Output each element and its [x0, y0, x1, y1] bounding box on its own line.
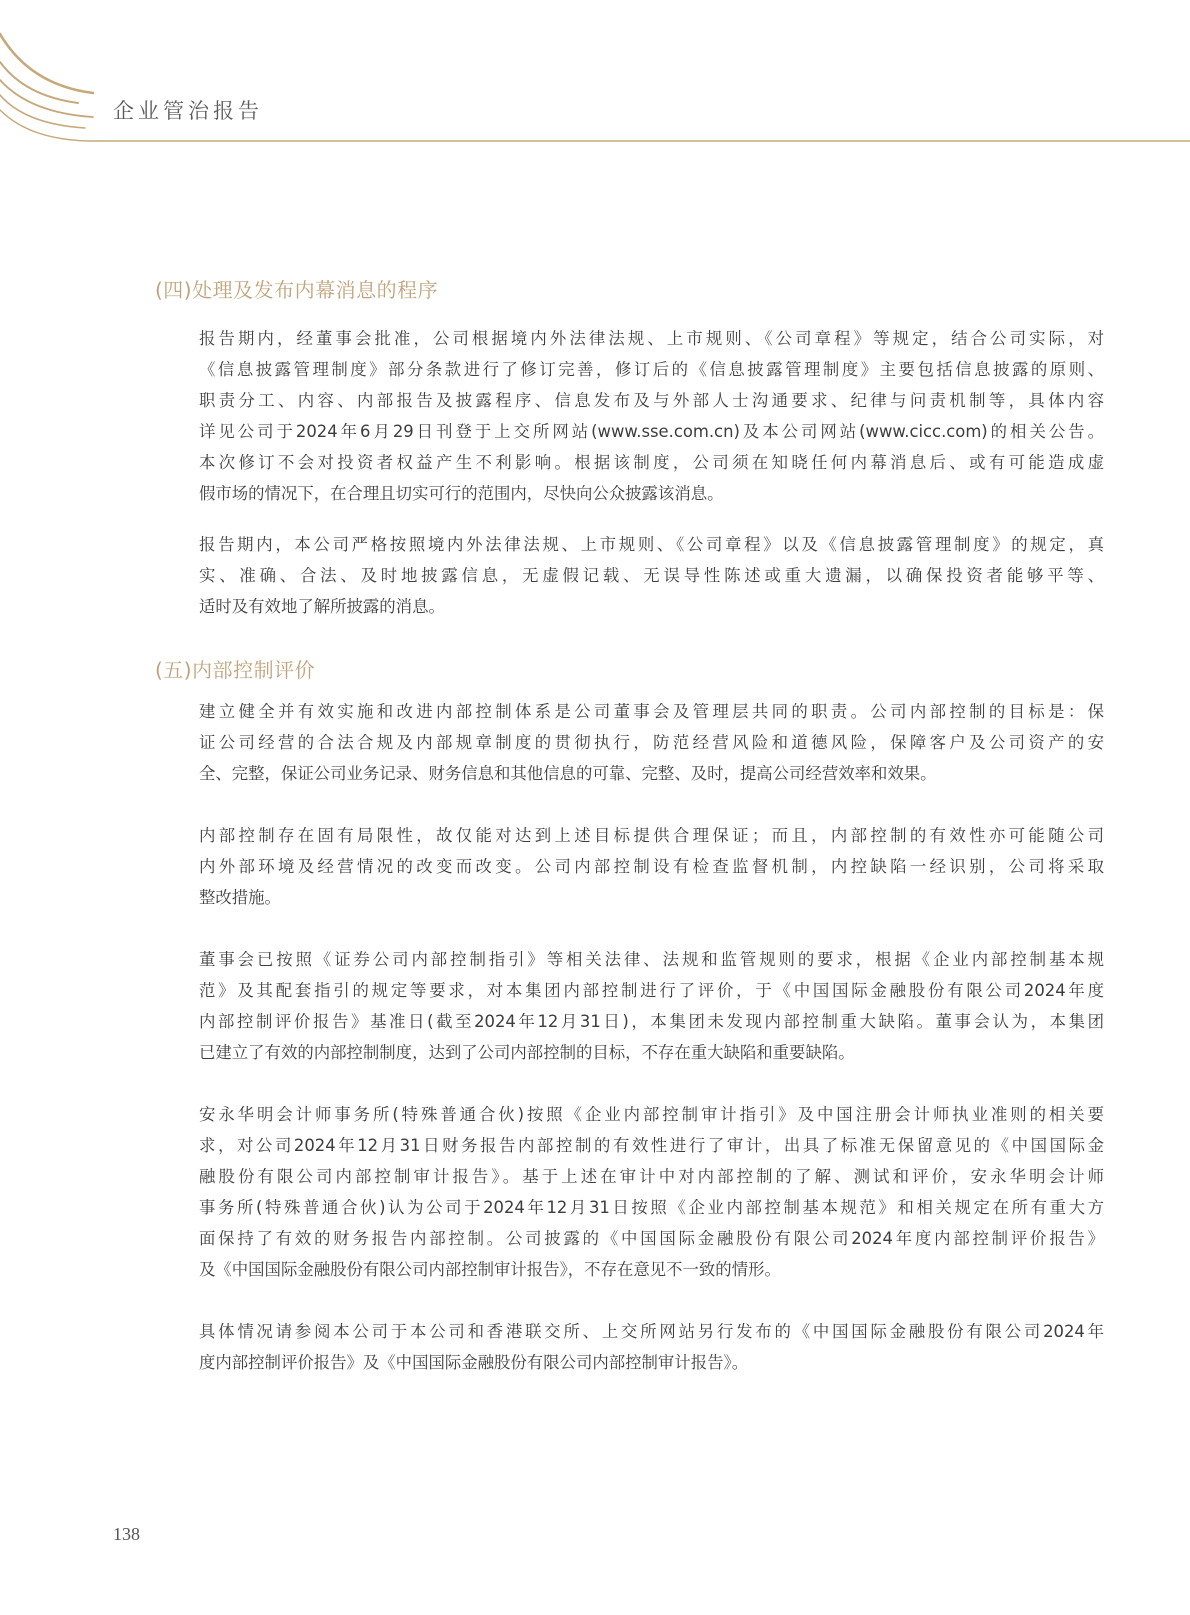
text-line: 已建立了有效的内部控制制度，达到了公司内部控制的目标，不存在重大缺陷和重要缺陷。: [199, 1037, 1104, 1068]
text-line: 《信息披露管理制度》部分条款进行了修订完善，修订后的《信息披露管理制度》主要包括…: [199, 354, 1104, 385]
text-line: 内部控制评价报告》基准日(截至2024年12月31日)，本集团未发现内部控制重大…: [199, 1006, 1104, 1037]
text-line: 事务所(特殊普通合伙)认为公司于2024年12月31日按照《企业内部控制基本规范…: [199, 1192, 1104, 1223]
text-line: 假市场的情况下，在合理且切实可行的范围内，尽快向公众披露该消息。: [199, 478, 1104, 509]
paragraph: 具体情况请参阅本公司于本公司和香港联交所、上交所网站另行发布的《中国国际金融股份…: [199, 1316, 1104, 1378]
text-line: 内部控制存在固有局限性，故仅能对达到上述目标提供合理保证；而且，内部控制的有效性…: [199, 820, 1104, 851]
page-number: 138: [113, 1524, 140, 1545]
paragraph: 董事会已按照《证券公司内部控制指引》等相关法律、法规和监管规则的要求，根据《企业…: [199, 944, 1104, 1068]
text-line: 证公司经营的合法合规及内部规章制度的贯彻执行，防范经营风险和道德风险，保障客户及…: [199, 727, 1104, 758]
text-line: 度内部控制评价报告》及《中国国际金融股份有限公司内部控制审计报告》。: [199, 1347, 1104, 1378]
text-line: 职责分工、内容、内部报告及披露程序、信息发布及与外部人士沟通要求、纪律与问责机制…: [199, 385, 1104, 416]
section-heading-5: (五)内部控制评价: [155, 654, 315, 683]
text-line: 具体情况请参阅本公司于本公司和香港联交所、上交所网站另行发布的《中国国际金融股份…: [199, 1316, 1104, 1347]
text-line: 适时及有效地了解所披露的消息。: [199, 591, 1104, 622]
paragraph: 内部控制存在固有局限性，故仅能对达到上述目标提供合理保证；而且，内部控制的有效性…: [199, 820, 1104, 913]
text-line: 及《中国国际金融股份有限公司内部控制审计报告》，不存在意见不一致的情形。: [199, 1254, 1104, 1285]
text-line: 董事会已按照《证券公司内部控制指引》等相关法律、法规和监管规则的要求，根据《企业…: [199, 944, 1104, 975]
text-line: 报告期内，经董事会批准，公司根据境内外法律法规、上市规则、《公司章程》等规定，结…: [199, 323, 1104, 354]
paragraph: 报告期内，经董事会批准，公司根据境内外法律法规、上市规则、《公司章程》等规定，结…: [199, 323, 1104, 509]
header-title: 企业管治报告: [113, 95, 263, 125]
text-line: 融股份有限公司内部控制审计报告》。基于上述在审计中对内部控制的了解、测试和评价，…: [199, 1161, 1104, 1192]
section-heading-4: (四)处理及发布内幕消息的程序: [155, 274, 438, 303]
text-line: 建立健全并有效实施和改进内部控制体系是公司董事会及管理层共同的职责。公司内部控制…: [199, 696, 1104, 727]
text-line: 面保持了有效的财务报告内部控制。公司披露的《中国国际金融股份有限公司2024年度…: [199, 1223, 1104, 1254]
paragraph: 安永华明会计师事务所(特殊普通合伙)按照《企业内部控制审计指引》及中国注册会计师…: [199, 1099, 1104, 1285]
paragraph: 报告期内，本公司严格按照境内外法律法规、上市规则、《公司章程》以及《信息披露管理…: [199, 529, 1104, 622]
text-line: 整改措施。: [199, 882, 1104, 913]
text-line: 求，对公司2024年12月31日财务报告内部控制的有效性进行了审计，出具了标准无…: [199, 1130, 1104, 1161]
text-line: 实、准确、合法、及时地披露信息，无虚假记载、无误导性陈述或重大遗漏，以确保投资者…: [199, 560, 1104, 591]
text-line: 安永华明会计师事务所(特殊普通合伙)按照《企业内部控制审计指引》及中国注册会计师…: [199, 1099, 1104, 1130]
text-line: 本次修订不会对投资者权益产生不利影响。根据该制度，公司须在知晓任何内幕消息后、或…: [199, 447, 1104, 478]
text-line: 内外部环境及经营情况的改变而改变。公司内部控制设有检查监督机制，内控缺陷一经识别…: [199, 851, 1104, 882]
text-line: 全、完整，保证公司业务记录、财务信息和其他信息的可靠、完整、及时，提高公司经营效…: [199, 758, 1104, 789]
text-line: 报告期内，本公司严格按照境内外法律法规、上市规则、《公司章程》以及《信息披露管理…: [199, 529, 1104, 560]
text-line: 范》及其配套指引的规定等要求，对本集团内部控制进行了评价，于《中国国际金融股份有…: [199, 975, 1104, 1006]
paragraph: 建立健全并有效实施和改进内部控制体系是公司董事会及管理层共同的职责。公司内部控制…: [199, 696, 1104, 789]
text-line: 详见公司于2024年6月29日刊登于上交所网站(www.sse.com.cn)及…: [199, 416, 1104, 447]
header-arc-decoration: [0, 0, 1190, 150]
